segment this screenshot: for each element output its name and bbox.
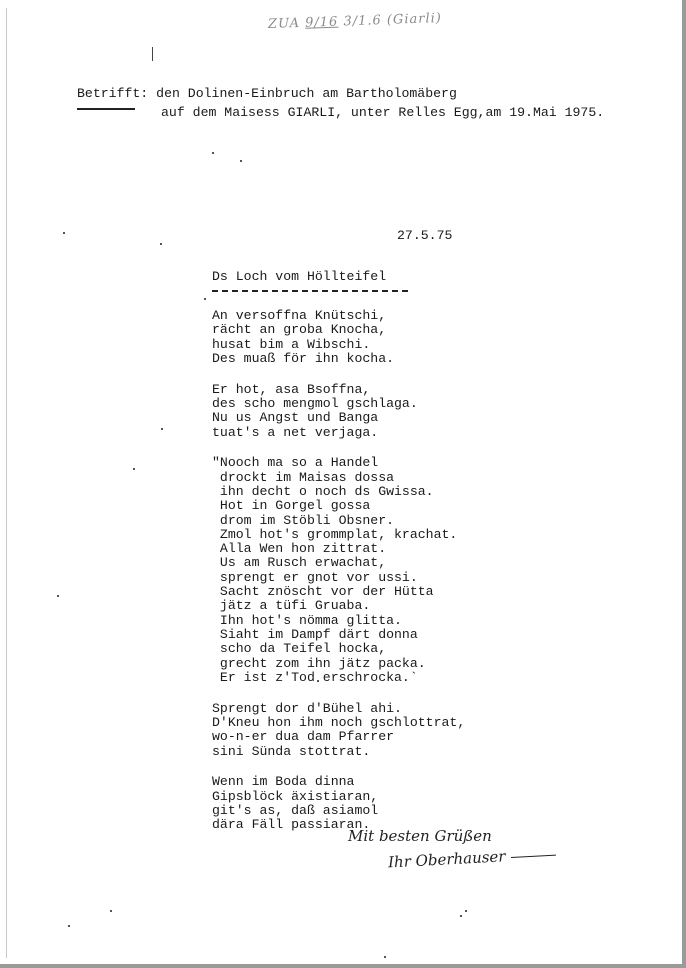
subject-label: Betrifft: (77, 86, 148, 101)
poem-line: Er hot, asa Bsoffna, (212, 383, 465, 397)
archive-note-part-2: 9/16 (305, 15, 339, 31)
poem-stanza: "Nooch ma so a Handel drockt im Maisas d… (212, 456, 465, 685)
poem-line: Us am Rusch erwachat, (212, 556, 465, 570)
poem-line: Wenn im Boda dinna (212, 775, 465, 789)
poem-line: D'Kneu hon ihm noch gschlottrat, (212, 716, 465, 730)
signature-greeting: Mit besten Grüßen (348, 827, 492, 845)
archive-note-part-3: 3/1.6 (343, 13, 382, 29)
poem-line: Sprengt dor d'Bühel ahi. (212, 702, 465, 716)
poem-line: husat bim a Wibschi. (212, 338, 465, 352)
poem-line: drockt im Maisas dossa (212, 471, 465, 485)
subject-line-1: Betrifft: den Dolinen-Einbruch am Bartho… (77, 85, 457, 103)
poem-line: Er ist z'Tod erschrocka.` (212, 671, 465, 685)
poem-line: sini Sünda stottrat. (212, 745, 465, 759)
poem-line: "Nooch ma so a Handel (212, 456, 465, 470)
margin-mark (152, 47, 153, 61)
signature-name: Ihr Oberhauser (388, 843, 557, 874)
poem-line: Zmol hot's grommplat, krachat. (212, 528, 465, 542)
poem-title: Ds Loch vom Höllteifel (212, 269, 386, 284)
document-page: ZUA 9/16 3/1.6 (Giarli) Betrifft: den Do… (0, 0, 686, 968)
poem-line: Sacht znöscht vor der Hütta (212, 585, 465, 599)
poem-line: Ihn hot's nömma glitta. (212, 614, 465, 628)
poem-line: wo-n-er dua dam Pfarrer (212, 730, 465, 744)
subject-text-1: den Dolinen-Einbruch am Bartholomäberg (156, 86, 457, 101)
poem-line: des scho mengmol gschlaga. (212, 397, 465, 411)
poem-line: Des muaß för ihn kocha. (212, 352, 465, 366)
poem-line: Hot in Gorgel gossa (212, 499, 465, 513)
archive-note-part-1: ZUA (268, 16, 300, 32)
title-underline (212, 290, 408, 292)
poem-line: drom im Stöbli Obsner. (212, 514, 465, 528)
poem-line: tuat's a net verjaga. (212, 426, 465, 440)
poem-line: Gipsblöck äxistiaran, (212, 790, 465, 804)
poem-line: scho da Teifel hocka, (212, 642, 465, 656)
poem-line: rächt an groba Knocha, (212, 323, 465, 337)
poem-stanza: Er hot, asa Bsoffna,des scho mengmol gsc… (212, 383, 465, 440)
scan-edge-line (6, 8, 7, 958)
poem-stanza: Sprengt dor d'Bühel ahi.D'Kneu hon ihm n… (212, 702, 465, 759)
poem-line: sprengt er gnot vor ussi. (212, 571, 465, 585)
poem-body: An versoffna Knütschi,rächt an groba Kno… (212, 309, 465, 849)
poem-line: jätz a tüfi Gruaba. (212, 599, 465, 613)
handwritten-signature: Mit besten Grüßen Ihr Oberhauser (348, 825, 556, 869)
poem-stanza: An versoffna Knütschi,rächt an groba Kno… (212, 309, 465, 366)
poem-line: Alla Wen hon zittrat. (212, 542, 465, 556)
poem-line: ihn decht o noch ds Gwissa. (212, 485, 465, 499)
poem-line: Nu us Angst und Banga (212, 411, 465, 425)
archive-note-part-4: (Giarli) (387, 11, 442, 28)
poem-line: Siaht im Dampf därt donna (212, 628, 465, 642)
handwritten-archive-note: ZUA 9/16 3/1.6 (Giarli) (268, 11, 442, 32)
letter-date: 27.5.75 (397, 228, 452, 243)
subject-line-2: auf dem Maisess GIARLI, unter Relles Egg… (161, 104, 604, 122)
poem-line: grecht zom ihn jätz packa. (212, 657, 465, 671)
poem-line: git's as, daß asiamol (212, 804, 465, 818)
poem-stanza: Wenn im Boda dinnaGipsblöck äxistiaran,g… (212, 775, 465, 832)
poem-line: An versoffna Knütschi, (212, 309, 465, 323)
